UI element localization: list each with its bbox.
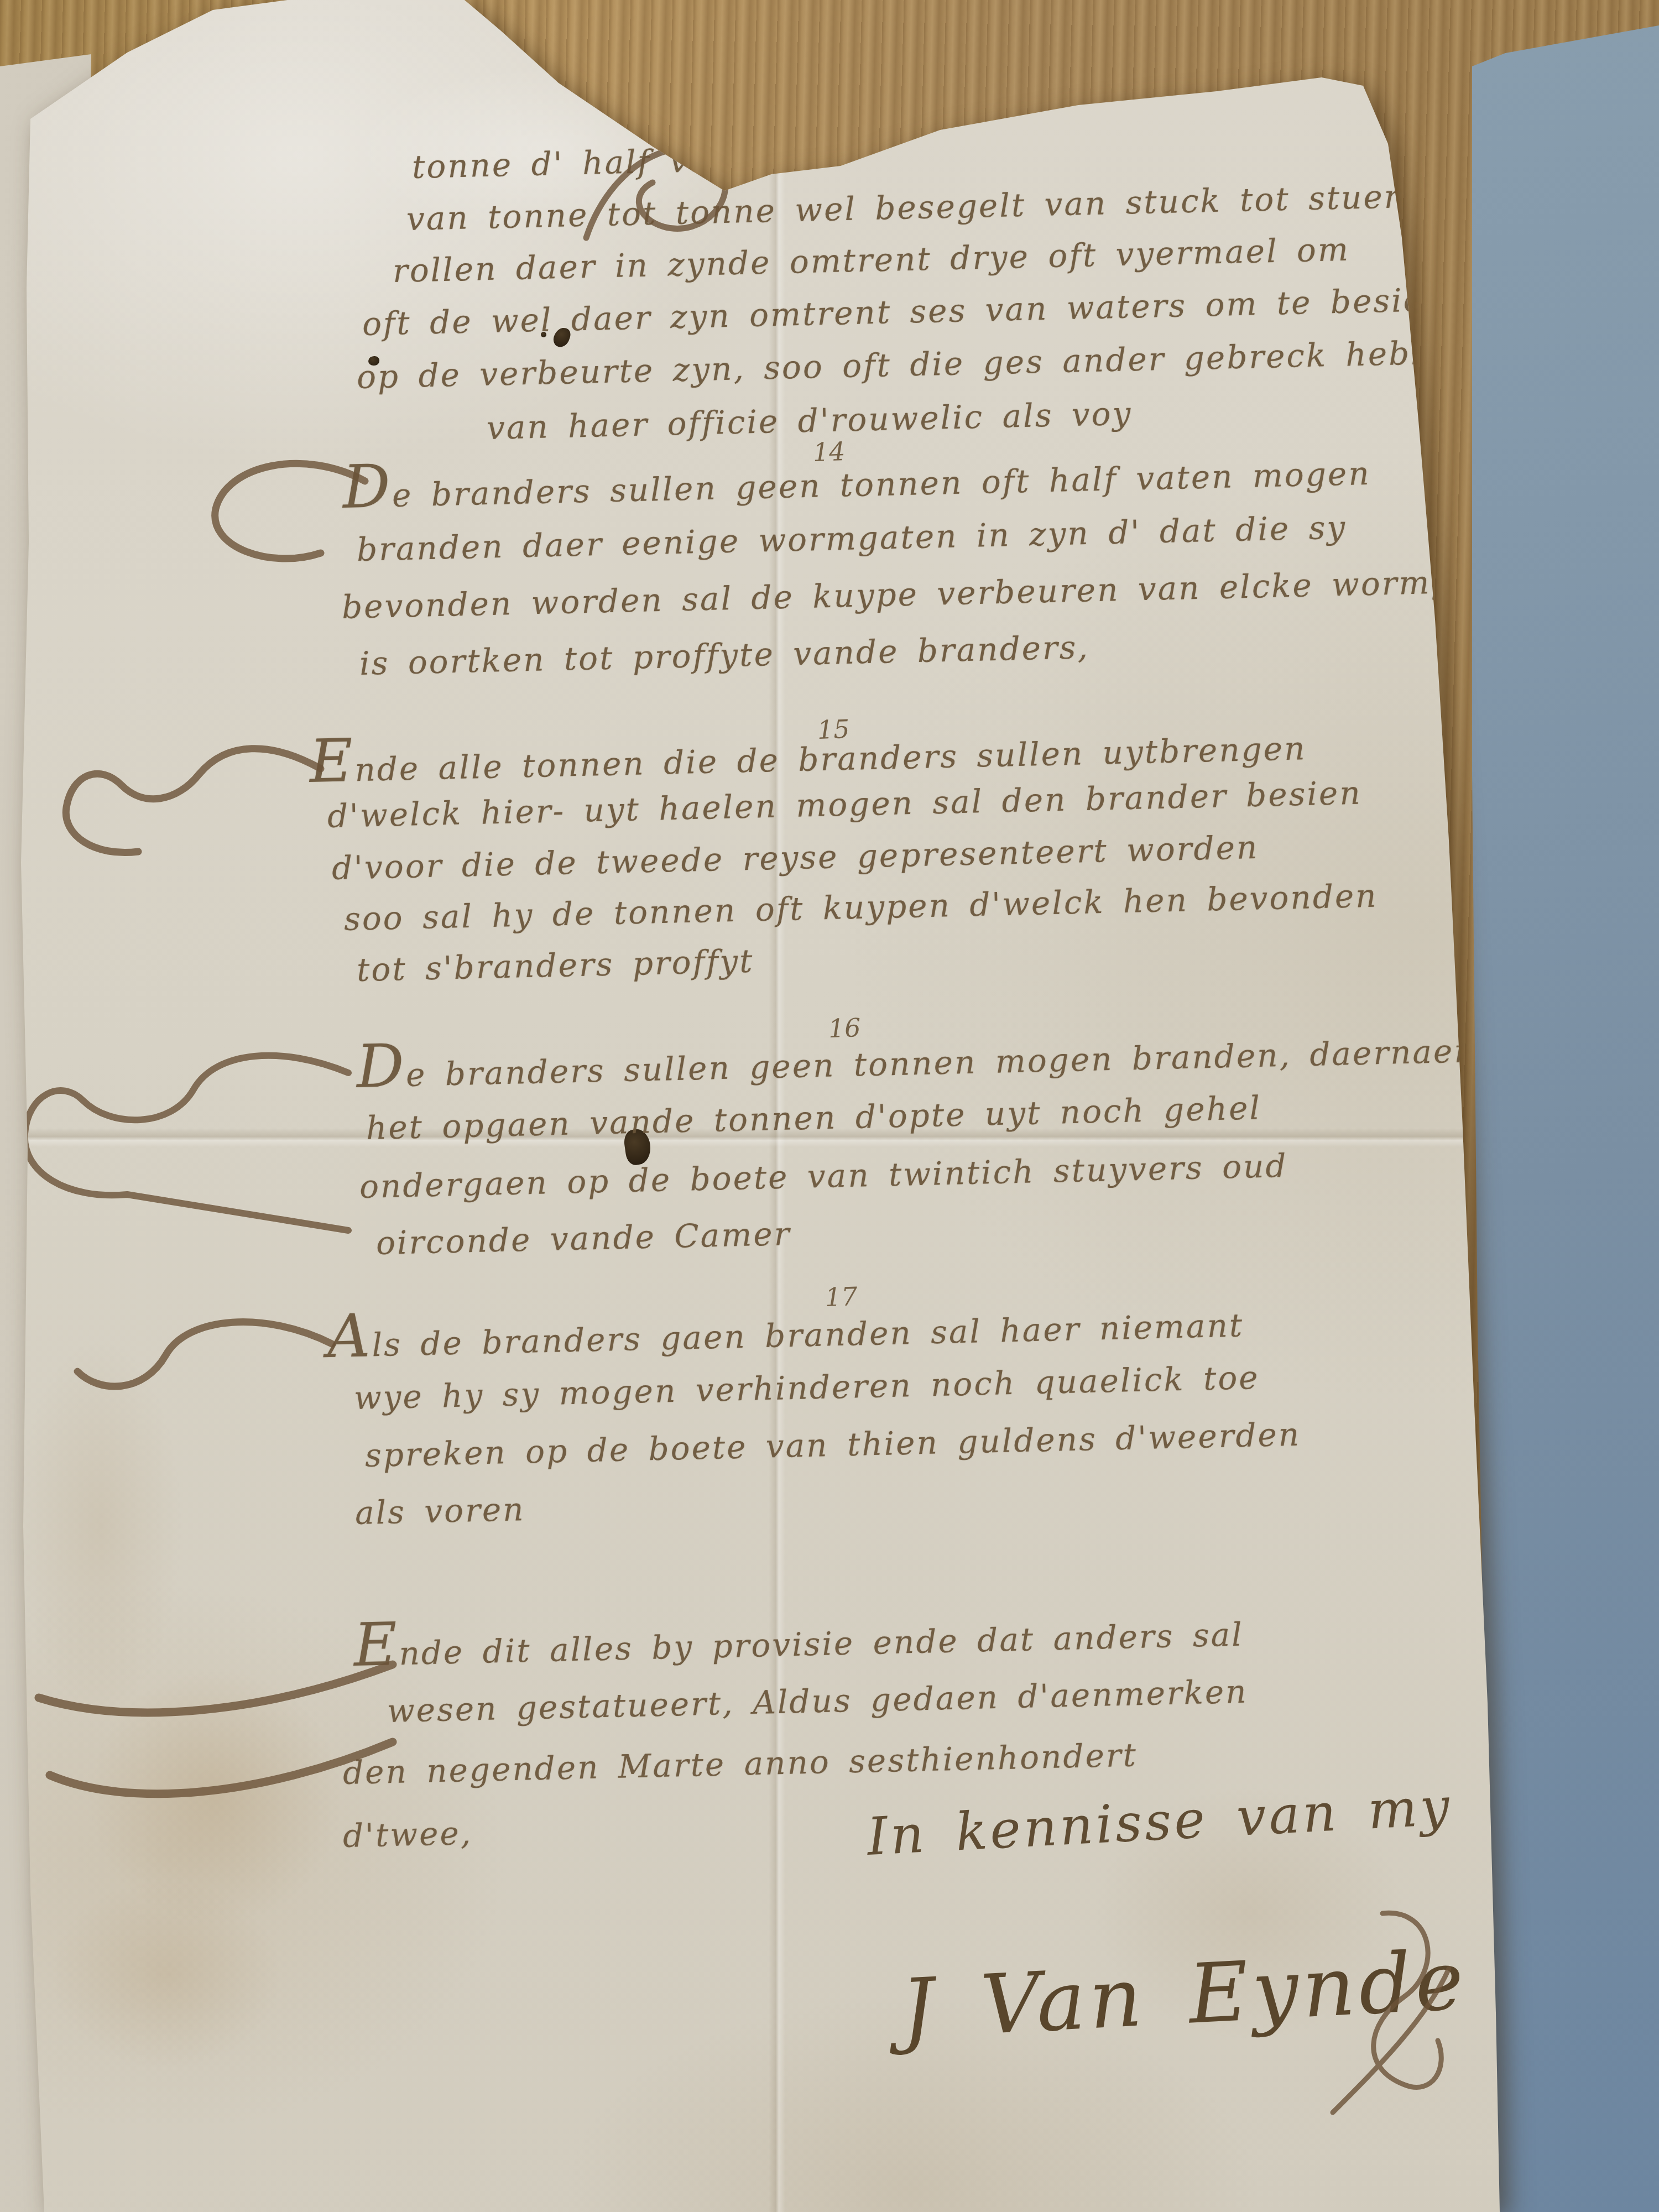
manuscript-line: wesen gestatueert, Aldus gedaen d'aenmer… bbox=[387, 1673, 1248, 1730]
manuscript-line: bevonden worden sal de kuype verbeuren v… bbox=[341, 562, 1489, 626]
pen-flourish bbox=[66, 1311, 343, 1465]
manuscript-line: is oortken tot proffyte vande branders, bbox=[359, 628, 1089, 682]
pen-flourish bbox=[61, 735, 326, 868]
manuscript-line: den negenden Marte anno sesthienhondert bbox=[342, 1736, 1138, 1792]
manuscript-line: d'voor die de tweede reyse gepresenteert… bbox=[331, 828, 1259, 887]
manuscript-line: het opgaen vande tonnen d'opte uyt noch … bbox=[366, 1089, 1261, 1147]
manuscript-line: De branders sullen geen tonnen mogen bra… bbox=[356, 1025, 1472, 1095]
manuscript-line: spreken op de boete van thien guldens d'… bbox=[364, 1416, 1301, 1474]
foxing-stain bbox=[17, 1338, 182, 1714]
pen-flourish bbox=[17, 1045, 359, 1244]
manuscript-line: wye hy sy mogen verhinderen noch quaelic… bbox=[353, 1359, 1260, 1417]
manuscript-line: van tonne tot tonne wel besegelt van stu… bbox=[406, 177, 1422, 238]
manuscript-line: Ende dit alles by provisie ende dat ande… bbox=[353, 1609, 1244, 1673]
manuscript-line: rollen daer in zynde omtrent drye oft vy… bbox=[392, 231, 1350, 290]
manuscript-line: tonne d' half vaets bbox=[411, 140, 764, 186]
manuscript-line: d'twee, bbox=[342, 1814, 473, 1855]
notary-signature: J Van Eynde bbox=[899, 1932, 1469, 2057]
foxing-stain bbox=[88, 1670, 343, 1924]
photo-of-manuscript-on-table: tonne d' half vaets van tonne tot tonne … bbox=[0, 0, 1659, 2212]
manuscript-line: tot s'branders proffyt bbox=[356, 942, 754, 989]
foxing-stain bbox=[50, 1880, 282, 2068]
manuscript-line: ondergaen op de boete van twintich stuyv… bbox=[359, 1147, 1288, 1206]
manuscript-line: oft de wel daer zyn omtrent ses van wate… bbox=[362, 281, 1447, 343]
manuscript-line: als voren bbox=[354, 1490, 525, 1532]
attestation-formula: In kennisse van my bbox=[865, 1777, 1453, 1867]
article-number-17: 17 bbox=[825, 1281, 858, 1312]
manuscript-page-wrap: tonne d' half vaets van tonne tot tonne … bbox=[0, 0, 1659, 2212]
manuscript-line: oirconde vande Camer bbox=[375, 1215, 791, 1262]
manuscript-line: van haer officie d'rouwelic als voy bbox=[486, 395, 1133, 447]
manuscript-line: branden daer eenige wormgaten in zyn d' … bbox=[356, 508, 1347, 568]
pen-flourish bbox=[28, 1648, 404, 1736]
manuscript-line: soo sal hy de tonnen oft kuypen d'welck … bbox=[343, 877, 1378, 938]
manuscript-line: Als de branders gaen branden sal haer ni… bbox=[327, 1300, 1244, 1365]
manuscript-page: tonne d' half vaets van tonne tot tonne … bbox=[0, 0, 1659, 2212]
manuscript-line: De branders sullen geen tonnen oft half … bbox=[342, 448, 1371, 515]
manuscript-line: op de verbeurte zyn, soo oft die ges and… bbox=[356, 333, 1476, 396]
